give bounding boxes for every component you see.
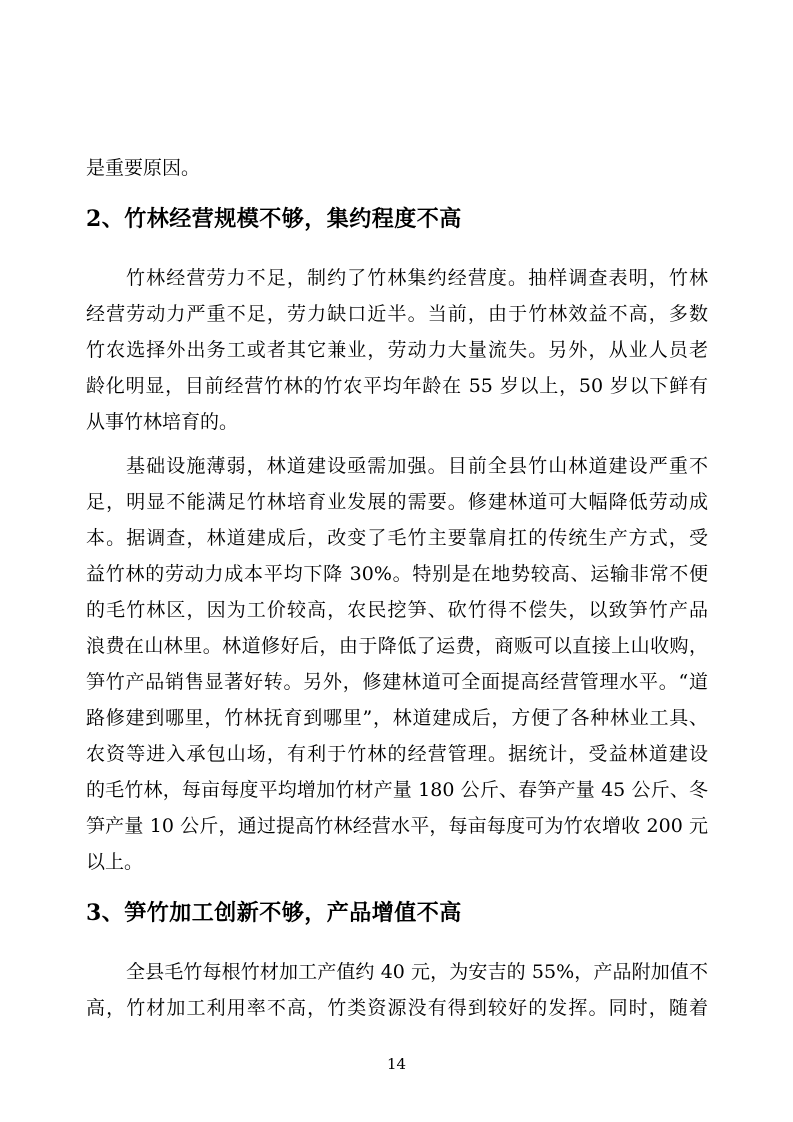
text-line: 是重要原因。 — [86, 150, 708, 186]
text-line: 的毛竹林区，因为工价较高，农民挖笋、砍竹得不偿失，以致笋竹产品 — [86, 592, 708, 628]
text-line: 从事竹林培育的。 — [86, 404, 708, 440]
text-line: 笋产量 10 公斤，通过提高竹林经营水平，每亩每度可为竹农增收 200 元 — [86, 808, 708, 844]
text-line: 龄化明显，目前经营竹林的竹农平均年龄在 55 岁以上，50 岁以下鲜有 — [86, 368, 708, 404]
page-number: 14 — [0, 1054, 793, 1074]
text-line: 竹农选择外出务工或者其它兼业，劳动力大量流失。另外，从业人员老 — [86, 332, 708, 368]
text-line: 足，明显不能满足竹林培育业发展的需要。修建林道可大幅降低劳动成 — [86, 484, 708, 520]
text-line: 以上。 — [86, 844, 708, 880]
text-line: 路修建到哪里，竹林抚育到哪里”，林道建成后，方便了各种林业工具、 — [86, 700, 708, 736]
text-line: 浪费在山林里。林道修好后，由于降低了运费，商贩可以直接上山收购， — [86, 628, 708, 664]
text-line: 本。据调查，林道建成后，改变了毛竹主要靠肩扛的传统生产方式，受 — [86, 520, 708, 556]
text-line: 笋竹产品销售显著好转。另外，修建林道可全面提高经营管理水平。“道 — [86, 664, 708, 700]
text-line: 的毛竹林，每亩每度平均增加竹材产量 180 公斤、春笋产量 45 公斤、冬 — [86, 772, 708, 808]
paragraph-infrastructure: 基础设施薄弱，林道建设亟需加强。目前全县竹山林道建设严重不 足，明显不能满足竹林… — [86, 448, 708, 880]
section-heading-3: 3、笋竹加工创新不够，产品增值不高 — [86, 896, 708, 930]
text-line: 基础设施薄弱，林道建设亟需加强。目前全县竹山林道建设严重不 — [86, 448, 708, 484]
text-line: 农资等进入承包山场，有利于竹林的经营管理。据统计，受益林道建设 — [86, 736, 708, 772]
page-content: 是重要原因。 2、竹林经营规模不够，集约程度不高 竹林经营劳力不足，制约了竹林集… — [86, 150, 708, 1034]
text-line: 全县毛竹每根竹材加工产值约 40 元，为安吉的 55%，产品附加值不 — [86, 954, 708, 990]
text-line: 益竹林的劳动力成本平均下降 30%。特别是在地势较高、运输非常不便 — [86, 556, 708, 592]
document-page: 是重要原因。 2、竹林经营规模不够，集约程度不高 竹林经营劳力不足，制约了竹林集… — [0, 0, 793, 1122]
section-heading-2: 2、竹林经营规模不够，集约程度不高 — [86, 202, 708, 236]
paragraph-continuation: 是重要原因。 — [86, 150, 708, 186]
paragraph-processing-value: 全县毛竹每根竹材加工产值约 40 元，为安吉的 55%，产品附加值不 高，竹材加… — [86, 954, 708, 1026]
paragraph-labor-shortage: 竹林经营劳力不足，制约了竹林集约经营度。抽样调查表明，竹林 经营劳动力严重不足，… — [86, 260, 708, 440]
text-line: 经营劳动力严重不足，劳力缺口近半。当前，由于竹林效益不高，多数 — [86, 296, 708, 332]
text-line: 高，竹材加工利用率不高，竹类资源没有得到较好的发挥。同时，随着 — [86, 990, 708, 1026]
text-line: 竹林经营劳力不足，制约了竹林集约经营度。抽样调查表明，竹林 — [86, 260, 708, 296]
